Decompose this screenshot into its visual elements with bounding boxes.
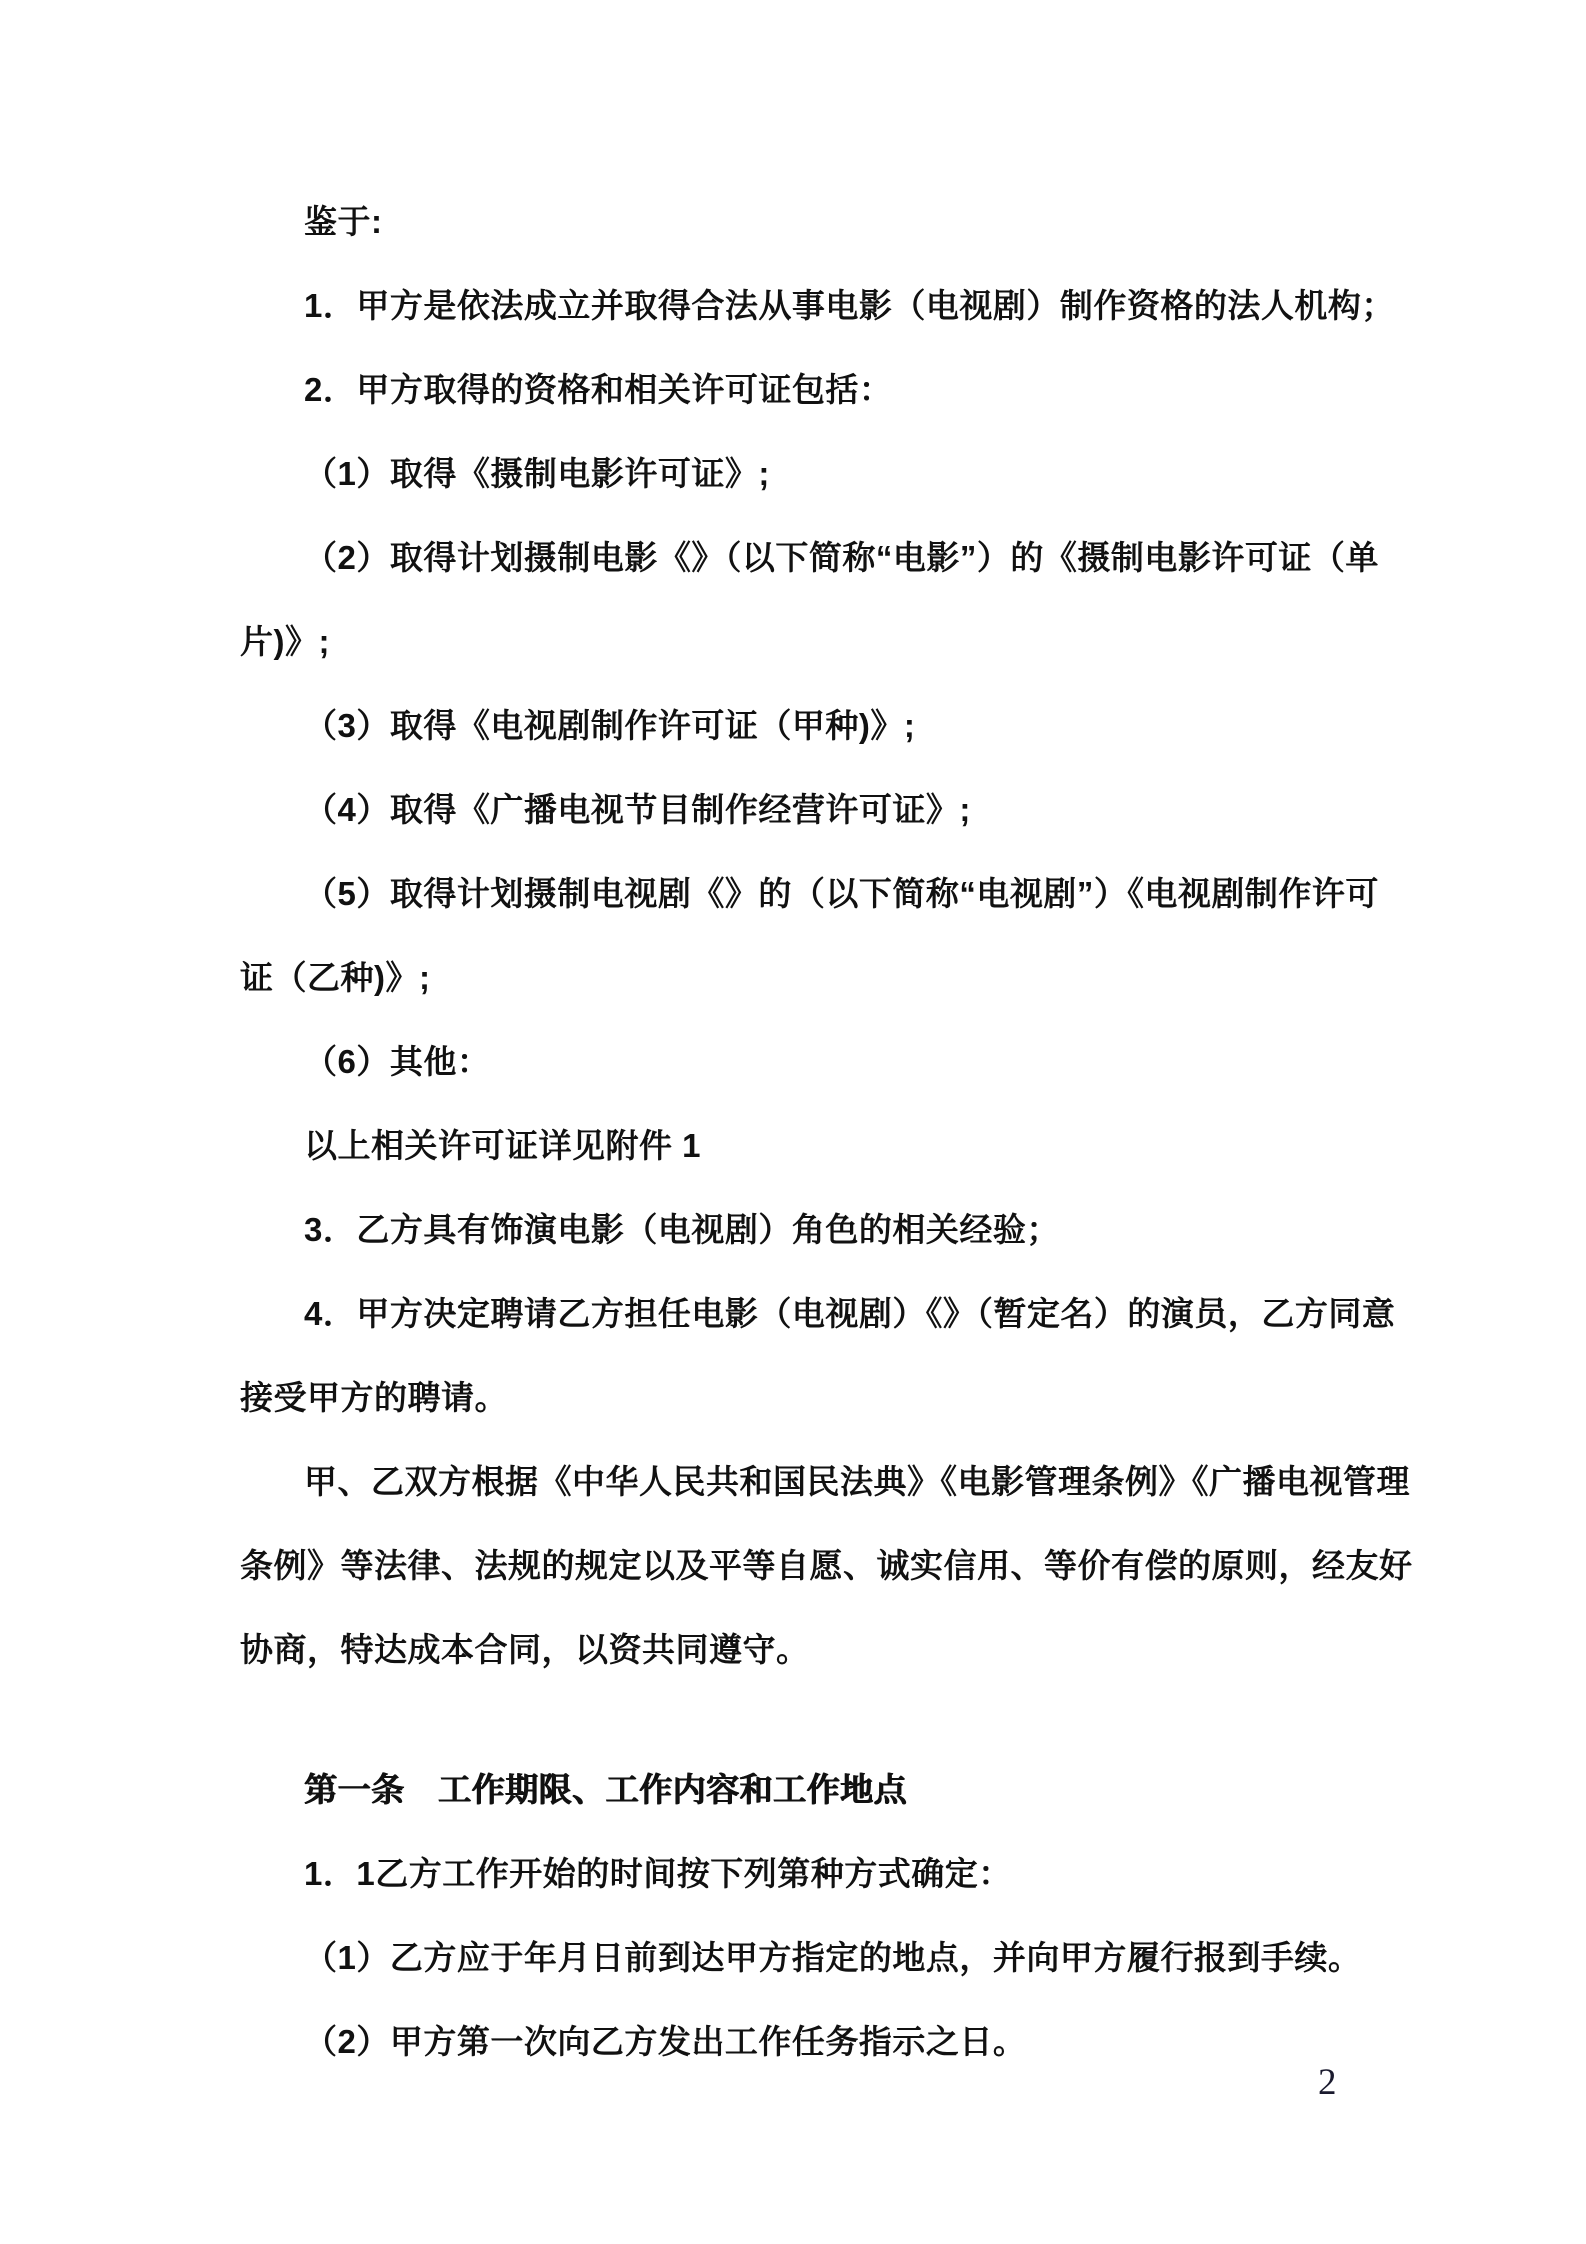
text-line: 以上相关许可证详见附件 1 bbox=[240, 1104, 1440, 1188]
text-line: （6）其他： bbox=[240, 1020, 1440, 1104]
text-line: 接受甲方的聘请。 bbox=[240, 1356, 1440, 1440]
text-line: 甲、乙双方根据《中华人民共和国民法典》《电影管理条例》《广播电视管理 bbox=[240, 1440, 1440, 1524]
text-line: 2．甲方取得的资格和相关许可证包括： bbox=[240, 348, 1440, 432]
text-line: （2）取得计划摄制电影《》（以下简称“电影”）的《摄制电影许可证（单 bbox=[240, 516, 1440, 600]
contract-body: 鉴于:1．甲方是依法成立并取得合法从事电影（电视剧）制作资格的法人机构；2．甲方… bbox=[240, 180, 1440, 2084]
text-line: （1）乙方应于年月日前到达甲方指定的地点，并向甲方履行报到手续。 bbox=[240, 1916, 1440, 2000]
text-line: （2）甲方第一次向乙方发出工作任务指示之日。 bbox=[240, 2000, 1440, 2084]
text-line: 1．1乙方工作开始的时间按下列第种方式确定： bbox=[240, 1832, 1440, 1916]
text-line: 协商，特达成本合同，以资共同遵守。 bbox=[240, 1608, 1440, 1692]
text-line: 4．甲方决定聘请乙方担任电影（电视剧）《》（暂定名）的演员，乙方同意 bbox=[240, 1272, 1440, 1356]
text-line: 3．乙方具有饰演电影（电视剧）角色的相关经验； bbox=[240, 1188, 1440, 1272]
text-line: 1．甲方是依法成立并取得合法从事电影（电视剧）制作资格的法人机构； bbox=[240, 264, 1440, 348]
text-line: （3）取得《电视剧制作许可证（甲种)》; bbox=[240, 684, 1440, 768]
document-page: 鉴于:1．甲方是依法成立并取得合法从事电影（电视剧）制作资格的法人机构；2．甲方… bbox=[0, 0, 1586, 2244]
text-line: 条例》等法律、法规的规定以及平等自愿、诚实信用、等价有偿的原则，经友好 bbox=[240, 1524, 1440, 1608]
text-line: 鉴于: bbox=[240, 180, 1440, 264]
section-heading: 第一条 工作期限、工作内容和工作地点 bbox=[240, 1748, 1440, 1832]
text-line: （5）取得计划摄制电视剧《》的（以下简称“电视剧”）《电视剧制作许可 bbox=[240, 852, 1440, 936]
text-line: 证（乙种)》; bbox=[240, 936, 1440, 1020]
text-line: 片)》; bbox=[240, 600, 1440, 684]
text-line: （4）取得《广播电视节目制作经营许可证》; bbox=[240, 768, 1440, 852]
page-number: 2 bbox=[1318, 2058, 1337, 2108]
text-line: （1）取得《摄制电影许可证》; bbox=[240, 432, 1440, 516]
